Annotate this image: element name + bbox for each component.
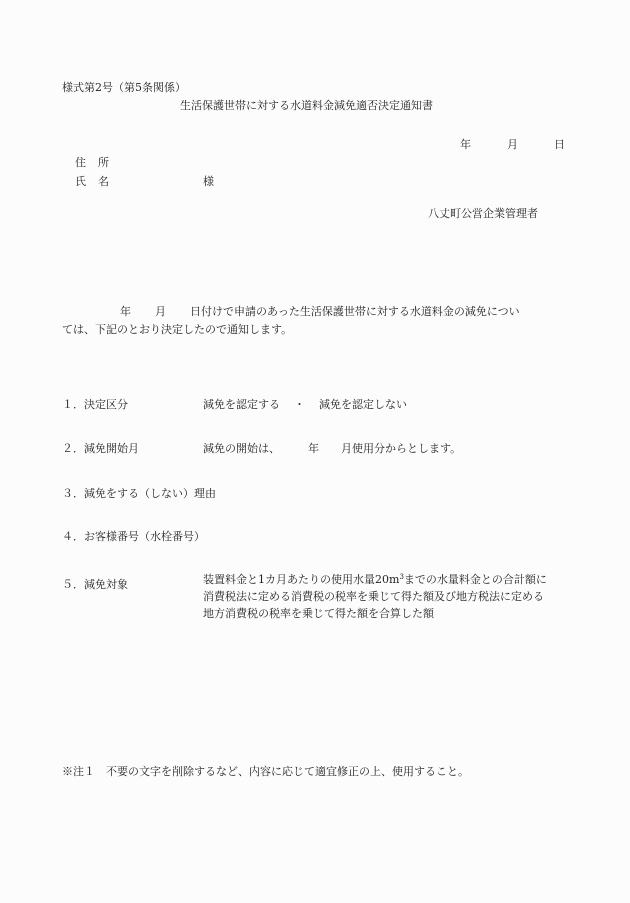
name-label: 氏名: [75, 176, 109, 187]
date-month-label: 月: [507, 139, 518, 150]
item-5-value: 装置料金と1カ月あたりの使用水量20m3までの水量料金との合計額に消費税法に定め…: [203, 571, 548, 622]
body-year: 年: [120, 305, 131, 318]
name-label-char2: 名: [98, 176, 109, 187]
issuer-name: 八丈町公営企業管理者: [428, 208, 538, 219]
name-label-char1: 氏: [75, 176, 86, 187]
item-5-label: ５．減免対象: [62, 579, 128, 590]
body-line1-text: 日付けで申請のあった生活保護世帯に対する水道料金の減免につい: [190, 305, 520, 318]
address-label-char2: 所: [98, 157, 109, 168]
date-year-label: 年: [460, 139, 471, 150]
date-day-label: 日: [554, 139, 565, 150]
item-4-label: ４．お客様番号（水栓番号）: [62, 531, 205, 542]
item-1-value: 減免を認定する・減免を認定しない: [203, 399, 407, 410]
address-label-char1: 住: [75, 157, 86, 168]
document-title: 生活保護世帯に対する水道料金減免適否決定通知書: [180, 100, 433, 111]
start-prefix: 減免の開始は、: [203, 442, 280, 455]
decision-deny: 減免を認定しない: [319, 398, 407, 411]
honorific-sama: 様: [203, 176, 214, 187]
item-2-value: 減免の開始は、年月使用分からとします。: [203, 443, 461, 454]
address-label: 住所: [75, 157, 109, 168]
body-text-line1: 年月日付けで申請のあった生活保護世帯に対する水道料金の減免につい: [62, 306, 520, 317]
decision-separator: ・: [294, 398, 305, 411]
start-suffix: 月使用分からとします。: [341, 442, 461, 455]
document-page: { "header": { "form_number": "様式第2号（第5条関…: [0, 0, 630, 903]
body-month: 月: [155, 305, 166, 318]
item-1-label: １．決定区分: [62, 399, 128, 410]
start-year: 年: [308, 442, 319, 455]
footnote: ※注１ 不要の文字を削除するなど、内容に応じて適宜修正の上、使用すること。: [62, 766, 469, 777]
decision-approve: 減免を認定する: [203, 398, 280, 411]
target-text-part1: 装置料金と1カ月あたりの使用水量20m: [203, 573, 399, 586]
item-2-label: ２．減免開始月: [62, 443, 139, 454]
body-text-line2: ては、下記のとおり決定したので通知します。: [62, 324, 292, 335]
item-3-label: ３．減免をする（しない）理由: [62, 488, 216, 499]
form-number: 様式第2号（第5条関係）: [62, 82, 186, 93]
